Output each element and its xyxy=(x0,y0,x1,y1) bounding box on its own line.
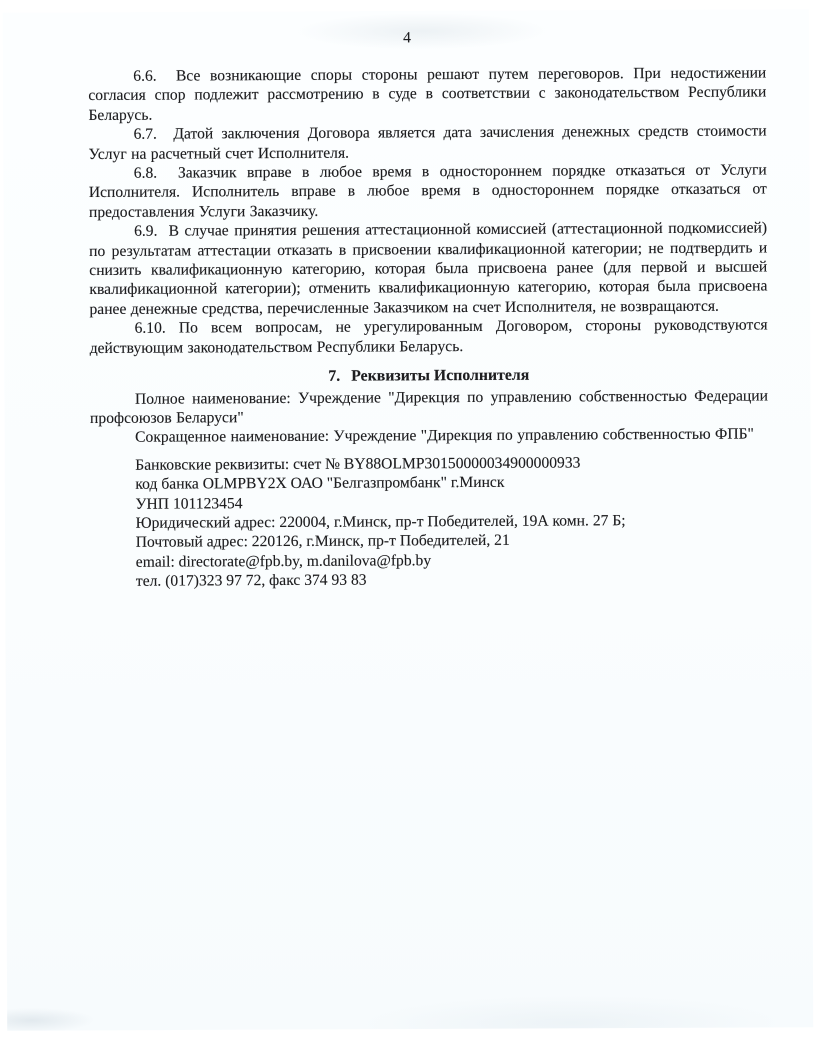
section-7-number: 7. xyxy=(328,368,340,385)
phone-line: тел. (017)323 97 72, факс 374 93 83 xyxy=(136,569,769,592)
section-7-title: Реквизиты Исполнителя xyxy=(351,367,529,385)
paragraph-6-8: 6.8. Заказчик вправе в любое время в одн… xyxy=(89,160,767,222)
full-name-paragraph: Полное наименование: Учреждение "Дирекци… xyxy=(90,386,768,428)
page-number: 4 xyxy=(68,27,746,50)
bank-details-block: Банковские реквизиты: счет № BY88OLMP301… xyxy=(90,452,769,591)
paragraph-6-7: 6.7. Датой заключения Договора является … xyxy=(88,122,766,164)
paragraph-6-6: 6.6. Все возникающие споры стороны решаю… xyxy=(88,63,766,125)
section-7-heading: 7.Реквизиты Исполнителя xyxy=(90,365,768,388)
short-name-paragraph: Сокращенное наименование: Учреждение "Ди… xyxy=(90,425,768,448)
document-content: 4 6.6. Все возникающие споры стороны реш… xyxy=(88,26,769,591)
paragraph-6-9: 6.9. В случае принятия решения аттестаци… xyxy=(89,219,767,320)
paragraph-6-10: 6.10. По всем вопросам, не урегулированн… xyxy=(90,316,768,358)
